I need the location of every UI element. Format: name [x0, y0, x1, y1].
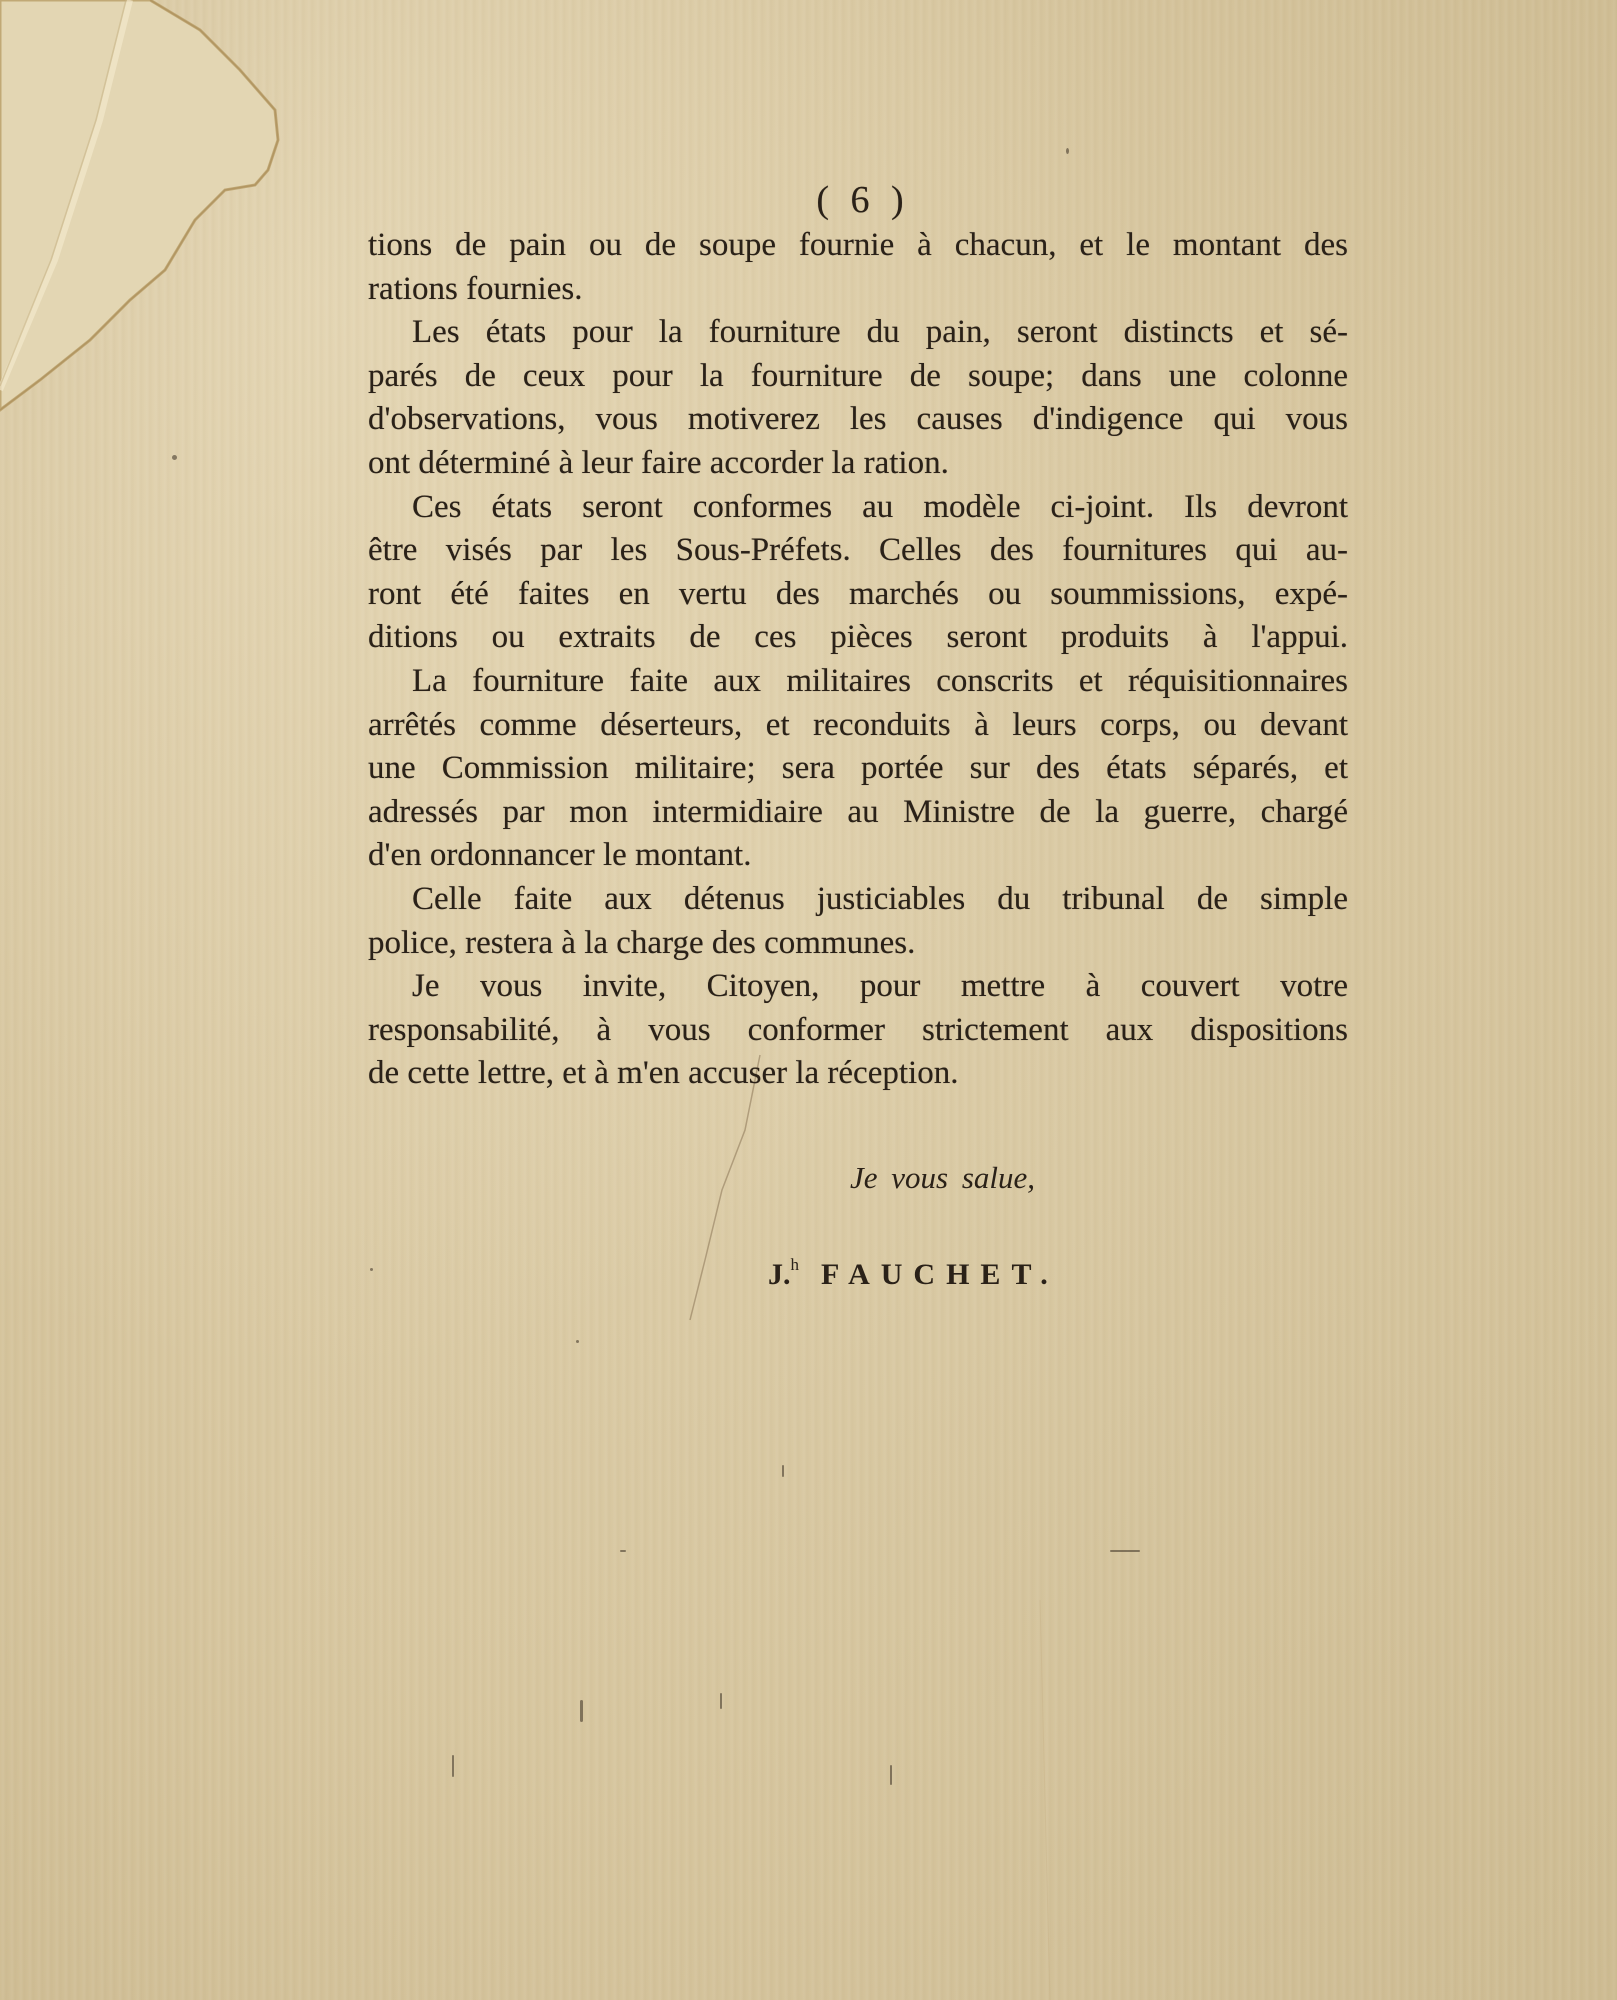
paper-speck: [576, 1340, 579, 1343]
initial-letter: J.: [768, 1258, 791, 1291]
paragraph-3: Ces états seront conformes au modèle ci-…: [368, 486, 1348, 660]
page-number: ( 6 ): [368, 180, 1348, 220]
text-line: d'observations, vous motiverez les cause…: [368, 398, 1348, 442]
paper-speck: [1110, 1550, 1140, 1552]
paragraph-5: Celle faite aux détenus justiciables du …: [368, 878, 1348, 965]
paper-speck: [172, 455, 177, 460]
paper-speck: [370, 1268, 373, 1271]
text-line: de cette lettre, et à m'en accuser la ré…: [368, 1052, 1348, 1096]
text-line: arrêtés comme déserteurs, et reconduits …: [368, 704, 1348, 748]
paper-speck: [620, 1550, 626, 1552]
text-line: d'en ordonnancer le montant.: [368, 834, 1348, 878]
text-line: tions de pain ou de soupe fournie à chac…: [368, 224, 1348, 268]
text-line: Celle faite aux détenus justiciables du …: [368, 878, 1348, 922]
text-line: une Commission militaire; sera portée su…: [368, 747, 1348, 791]
text-line: adressés par mon intermidiaire au Minist…: [368, 791, 1348, 835]
text-line: Je vous invite, Citoyen, pour mettre à c…: [368, 965, 1348, 1009]
text-line: être visés par les Sous-Préfets. Celles …: [368, 529, 1348, 573]
folded-corner: [0, 0, 290, 420]
text-line: responsabilité, à vous conformer stricte…: [368, 1009, 1348, 1053]
paper-speck: [890, 1765, 892, 1785]
paper-speck: [720, 1693, 722, 1709]
letter-body: ( 6 ) tions de pain ou de soupe fournie …: [368, 180, 1348, 1096]
closing-salutation: Je vous salue,: [850, 1160, 1035, 1196]
text-line: Ces états seront conformes au modèle ci-…: [368, 486, 1348, 530]
text-line: police, restera à la charge des communes…: [368, 922, 1348, 966]
paragraph-6: Je vous invite, Citoyen, pour mettre à c…: [368, 965, 1348, 1096]
paper-speck: [580, 1700, 583, 1722]
signature-initial: J.h: [768, 1258, 799, 1291]
paper-speck: [782, 1465, 784, 1477]
paragraph-2: Les états pour la fourniture du pain, se…: [368, 311, 1348, 485]
text-line: ont déterminé à leur faire accorder la r…: [368, 442, 1348, 486]
paragraph-1: tions de pain ou de soupe fournie à chac…: [368, 224, 1348, 311]
text-line: ront été faites en vertu des marchés ou …: [368, 573, 1348, 617]
text-line: Les états pour la fourniture du pain, se…: [368, 311, 1348, 355]
text-line: rations fournies.: [368, 268, 1348, 312]
document-page: ( 6 ) tions de pain ou de soupe fournie …: [0, 0, 1617, 2000]
text-line: La fourniture faite aux militaires consc…: [368, 660, 1348, 704]
text-line: ditions ou extraits de ces pièces seront…: [368, 616, 1348, 660]
signature-surname: FAUCHET.: [821, 1258, 1059, 1291]
paragraph-4: La fourniture faite aux militaires consc…: [368, 660, 1348, 878]
signature: J.hFAUCHET.: [768, 1255, 1059, 1292]
text-line: parés de ceux pour la fourniture de soup…: [368, 355, 1348, 399]
initial-superscript: h: [791, 1255, 800, 1274]
paper-speck: [452, 1755, 454, 1777]
paper-speck: [1066, 148, 1069, 154]
